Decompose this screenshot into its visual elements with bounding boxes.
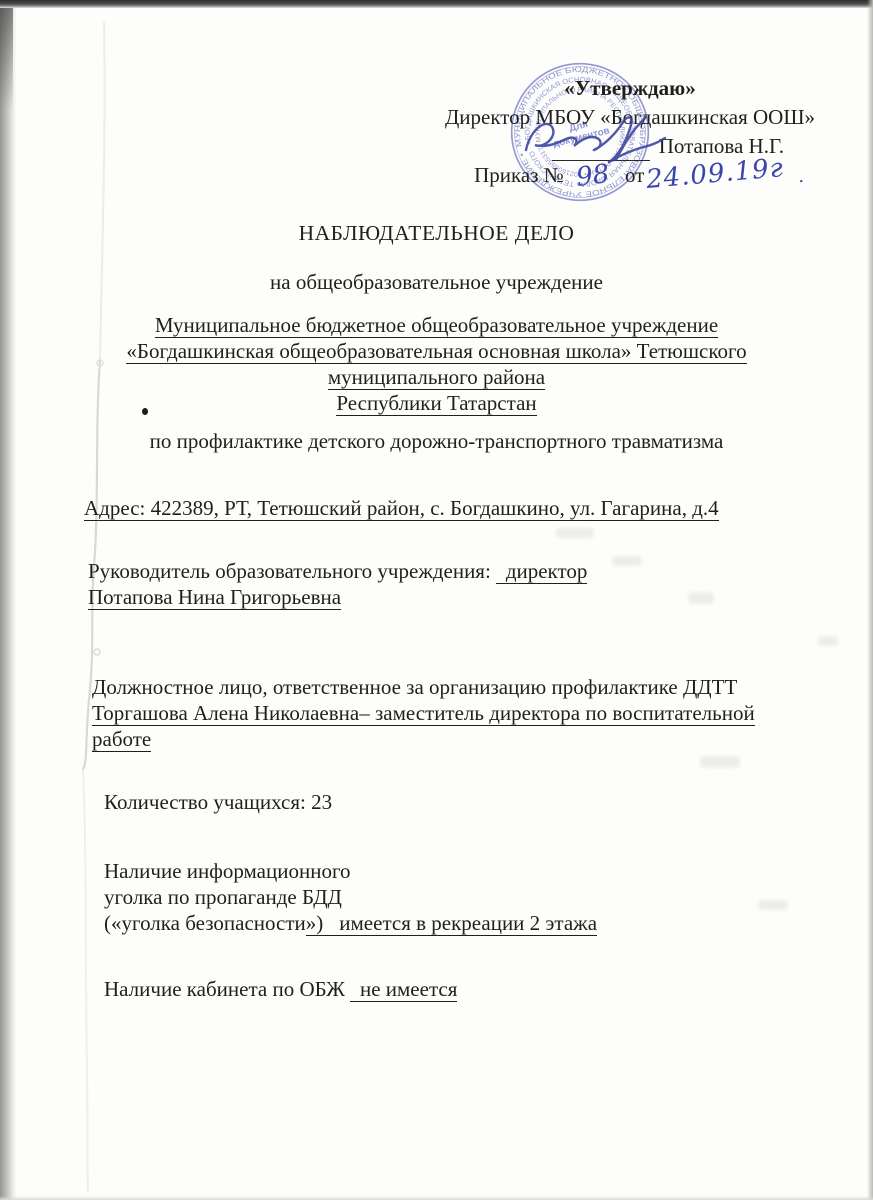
document-purpose: по профилактике детского дорожно-транспо…: [0, 428, 873, 454]
official-name-row: Торгашова Алена Николаевна– заместитель …: [92, 700, 755, 726]
info-corner-line2: уголка по пропаганде БДД: [104, 884, 597, 910]
director-signature: [518, 112, 673, 168]
head-name-row: Потапова Нина Григорьевна: [88, 584, 587, 610]
official-label: Должностное лицо, ответственное за орган…: [92, 674, 755, 700]
info-corner-prefix: («уголка безопасности: [104, 911, 306, 935]
approval-block: «Утверждаю» Директор МБОУ «Богдашкинская…: [430, 74, 830, 190]
head-of-institution-block: Руководитель образовательного учреждения…: [88, 558, 587, 610]
head-name-value: Потапова Нина Григорьевна: [88, 585, 341, 610]
info-corner-line1: Наличие информационного: [104, 858, 597, 884]
scan-edge-left-dark: [0, 0, 13, 110]
scan-edge-right: [867, 0, 873, 1200]
obzh-cabinet-label: Наличие кабинета по ОБЖ: [104, 977, 345, 1001]
org-name-line: «Богдашкинская общеобразовательная основ…: [0, 338, 873, 364]
responsible-official-block: Должностное лицо, ответственное за орган…: [92, 674, 755, 752]
head-label: Руководитель образовательного учреждения…: [88, 559, 491, 583]
org-name-line: Республики Татарстан: [0, 390, 873, 416]
document-subtitle: на общеобразовательное учреждение: [0, 269, 873, 295]
scan-edge-left: [0, 0, 17, 1200]
scan-edge-top: [0, 0, 873, 8]
obzh-cabinet-value: не имеется: [350, 977, 457, 1002]
scan-edge-bottom: [0, 1196, 873, 1200]
bleed-through-mark: [700, 756, 740, 768]
bleed-through-mark: [818, 636, 838, 646]
address-line: Адрес: 422389, РТ, Тетюшский район, с. Б…: [84, 495, 719, 521]
official-name-row2: работе: [92, 726, 755, 752]
bleed-through-mark: [612, 556, 642, 566]
scanned-document-page: МУНИЦИПАЛЬНОЕ БЮДЖЕТНОЕ ОБЩЕОБРАЗОВАТЕЛЬ…: [0, 0, 873, 1200]
document-title: НАБЛЮДАТЕЛЬНОЕ ДЕЛО: [0, 220, 873, 246]
order-tail-mark: .: [797, 164, 805, 190]
head-position-value: директор: [496, 559, 588, 584]
info-corner-value: »)имеется в рекреации 2 этажа: [306, 911, 597, 936]
info-corner-block: Наличие информационного уголка по пропаг…: [104, 858, 597, 936]
org-name-line: Муниципальное бюджетное общеобразователь…: [0, 312, 873, 338]
organization-name-block: Муниципальное бюджетное общеобразователь…: [0, 312, 873, 416]
org-name-line: муниципального района: [0, 364, 873, 390]
info-corner-line3: («уголка безопасности»)имеется в рекреац…: [104, 910, 597, 936]
bleed-through-mark: [556, 528, 594, 538]
obzh-cabinet-line: Наличие кабинета по ОБЖне имеется: [104, 976, 457, 1002]
ink-dot: [142, 408, 148, 415]
bleed-through-mark: [758, 900, 788, 910]
bleed-through-mark: [688, 592, 714, 604]
students-count-line: Количество учащихся: 23: [104, 789, 332, 815]
signature-line: [552, 140, 650, 161]
approval-word: «Утверждаю»: [430, 74, 830, 103]
head-label-row: Руководитель образовательного учреждения…: [88, 558, 587, 584]
